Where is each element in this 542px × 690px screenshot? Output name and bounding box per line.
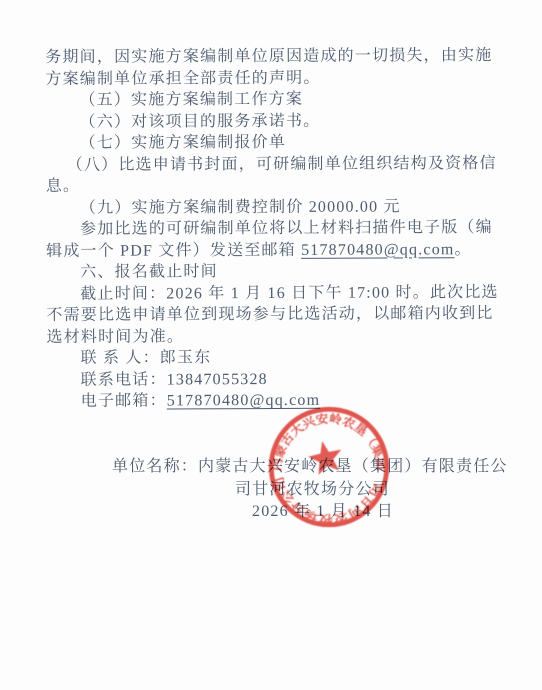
document-body: 务期间，因实施方案编制单位原因造成的一切损失，由实施 方案编制单位承担全部责任的… [45, 45, 499, 412]
list-item-7: （七）实施方案编制报价单 [46, 131, 498, 154]
line-text: 电子邮箱： [81, 392, 167, 409]
body-line: 方案编制单位承担全部责任的声明。 [45, 67, 497, 90]
list-item-8: （八）比选申请书封面，可研编制单位组织结构及资格信 [46, 153, 498, 176]
document-page: 务期间，因实施方案编制单位原因造成的一切损失，由实施 方案编制单位承担全部责任的… [0, 0, 542, 690]
body-line: 参加比选的可研编制单位将以上材料扫描件电子版（编 [46, 217, 498, 240]
body-line: 务期间，因实施方案编制单位原因造成的一切损失，由实施 [45, 45, 497, 68]
line-text: 辑成一个 PDF 文件）发送至邮箱 [46, 241, 301, 259]
contact-person-line: 联 系 人：郎玉东 [47, 346, 499, 369]
seal-ring-text-bottom: 司甘河农牧场分公司 [271, 475, 384, 526]
contact-phone-line: 联系电话：13847055328 [47, 368, 499, 391]
seal-star-icon [306, 438, 346, 477]
list-item-6: （六）对该项目的服务承诺书。 [45, 110, 497, 133]
body-line: 息。 [46, 174, 498, 197]
body-line: 截止时间：2026 年 1 月 16 日下午 17:00 时。此次比选 [46, 282, 498, 305]
list-item-5: （五）实施方案编制工作方案 [45, 88, 497, 111]
line-text: 。 [454, 241, 471, 258]
body-line: 不需要比选申请单位到现场参与比选活动，以邮箱内收到比 [46, 303, 498, 326]
email-address: 517870480@qq.com [301, 241, 455, 259]
list-item-9: （九）实施方案编制费控制价 20000.00 元 [46, 196, 498, 219]
body-line-with-email: 辑成一个 PDF 文件）发送至邮箱 517870480@qq.com。 [46, 239, 498, 262]
official-seal: 内蒙古大兴安岭农垦（集团）有限责任公 司甘河农牧场分公司 [266, 404, 392, 530]
seal-ring [271, 409, 387, 525]
body-line: 选材料时间为准。 [46, 325, 498, 348]
section-heading-6: 六、报名截止时间 [46, 260, 498, 283]
